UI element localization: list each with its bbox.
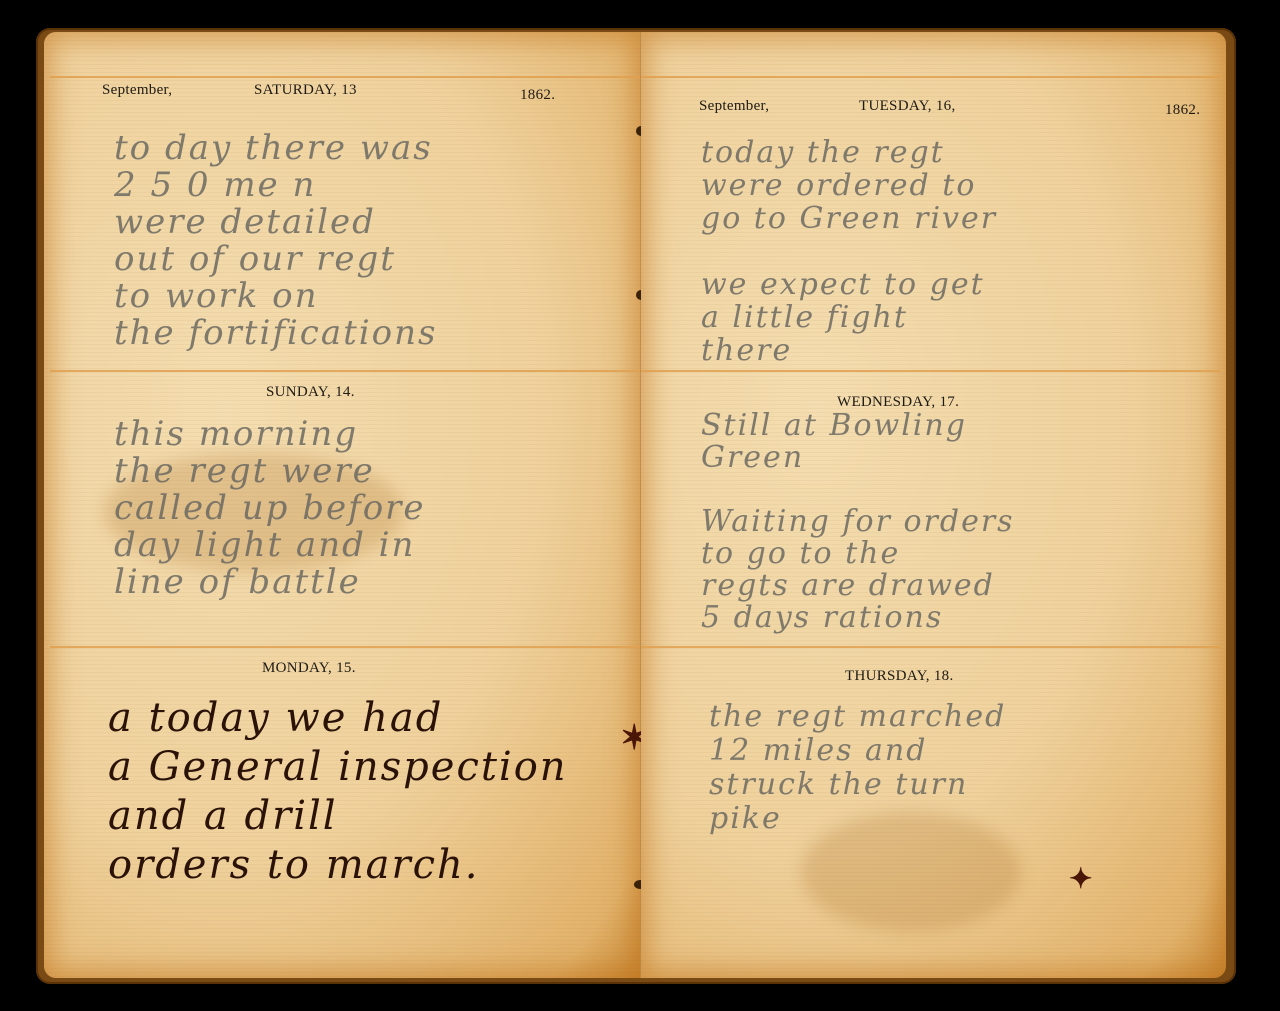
handwritten-entry: the regt marched 12 miles and struck the… bbox=[709, 700, 1006, 836]
entry-monday: MONDAY, 15. a today we had a General ins… bbox=[44, 646, 641, 976]
handwritten-entry: today the regt were ordered to go to Gre… bbox=[701, 136, 997, 367]
entry-thursday: THURSDAY, 18. the regt marched 12 miles … bbox=[641, 646, 1226, 976]
day-label: SUNDAY, 14. bbox=[266, 384, 355, 401]
day-label: TUESDAY, 16, bbox=[859, 98, 956, 115]
day-label: THURSDAY, 18. bbox=[845, 668, 954, 685]
year-label: 1862. bbox=[520, 87, 555, 104]
handwritten-entry: this morning the regt were called up bef… bbox=[114, 416, 426, 601]
handwritten-entry: Still at Bowling Green Waiting for order… bbox=[701, 410, 1015, 634]
month-label: September, bbox=[102, 82, 172, 99]
left-page: September, SATURDAY, 13 1862. to day the… bbox=[44, 32, 641, 978]
handwritten-entry: a today we had a General inspection and … bbox=[108, 694, 568, 890]
entry-saturday: September, SATURDAY, 13 1862. to day the… bbox=[44, 32, 641, 370]
month-label: September, bbox=[699, 98, 769, 115]
year-label: 1862. bbox=[1165, 102, 1200, 119]
entry-sunday: SUNDAY, 14. this morning the regt were c… bbox=[44, 370, 641, 646]
right-page: September, TUESDAY, 16, 1862. today the … bbox=[641, 32, 1226, 978]
handwritten-entry: to day there was 2 5 0 me n were detaile… bbox=[114, 130, 437, 352]
entry-wednesday: WEDNESDAY, 17. Still at Bowling Green Wa… bbox=[641, 370, 1226, 646]
ink-blot: ✦ bbox=[1069, 862, 1092, 895]
day-label: SATURDAY, 13 bbox=[254, 82, 357, 99]
day-label: MONDAY, 15. bbox=[262, 660, 356, 677]
diary-spread: September, SATURDAY, 13 1862. to day the… bbox=[36, 28, 1236, 984]
entry-tuesday: September, TUESDAY, 16, 1862. today the … bbox=[641, 32, 1226, 370]
